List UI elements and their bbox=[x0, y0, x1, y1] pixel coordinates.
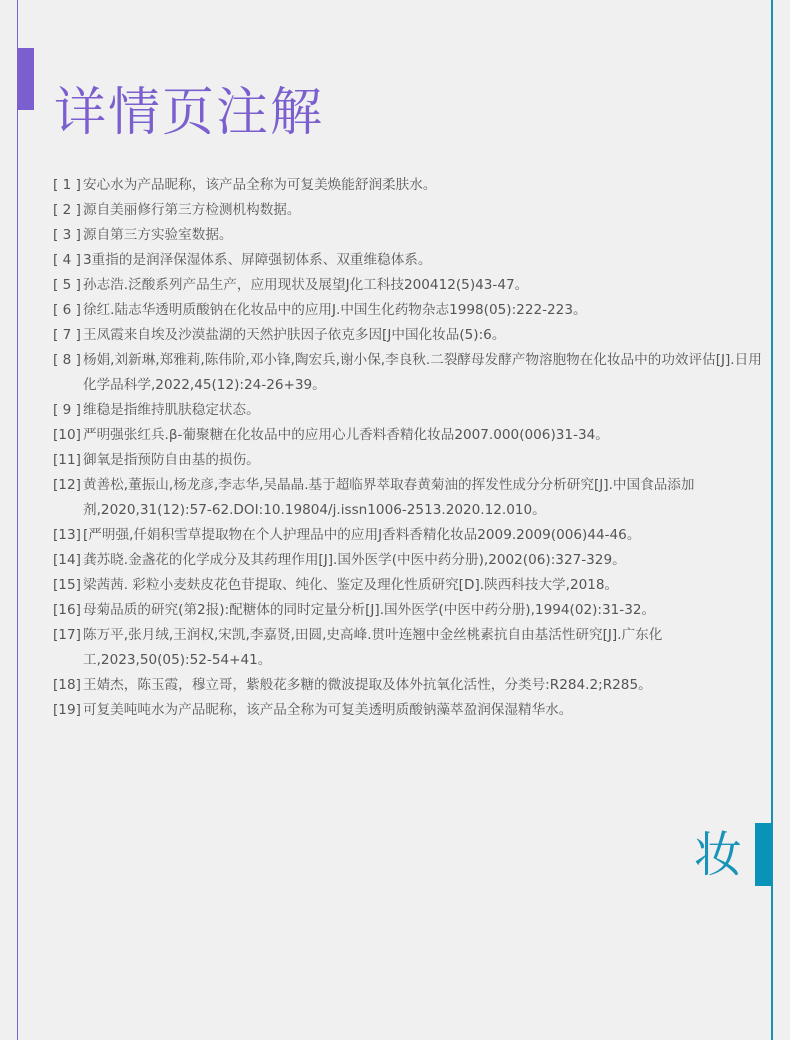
title-accent-bar bbox=[17, 48, 34, 110]
footnote-number: [ 4 ] bbox=[53, 248, 83, 273]
footnote-text: 母菊品质的研究(第2报):配糖体的同时定量分析[J].国外医学(中医中药分册),… bbox=[83, 598, 763, 623]
footnote-text: 徐红.陆志华透明质酸钠在化妆品中的应用J.中国生化药物杂志1998(05):22… bbox=[83, 298, 763, 323]
footnote-number: [ 5 ] bbox=[53, 273, 83, 298]
footnote-number: [19] bbox=[53, 698, 83, 723]
footnote-text: 御氧是指预防自由基的损伤。 bbox=[83, 448, 763, 473]
footnote-text: 王凤霞来自埃及沙漠盐湖的天然护肤因子依克多因[J中国化妆品(5):6。 bbox=[83, 323, 763, 348]
footnote-item: [ 1 ]安心水为产品昵称，该产品全称为可复美焕能舒润柔肤水。 bbox=[53, 173, 763, 198]
footnote-text: 王婧杰，陈玉霞，穆立哥，紫般花多糖的微波提取及体外抗氧化活性，分类号:R284.… bbox=[83, 673, 763, 698]
footnote-item: [ 3 ]源自第三方实验室数据。 bbox=[53, 223, 763, 248]
footnote-item: [19]可复美吨吨水为产品昵称，该产品全称为可复美透明质酸钠藻萃盈润保湿精华水。 bbox=[53, 698, 763, 723]
footnote-number: [16] bbox=[53, 598, 83, 623]
footnote-number: [17] bbox=[53, 623, 83, 673]
footnote-text: 梁茜茜. 彩粒小麦麸皮花色苷提取、纯化、鉴定及理化性质研究[D].陕西科技大学,… bbox=[83, 573, 763, 598]
footnote-item: [12]黄善松,董振山,杨龙彦,李志华,吴晶晶.基于超临界萃取春黄菊油的挥发性成… bbox=[53, 473, 763, 523]
footnote-text: 可复美吨吨水为产品昵称，该产品全称为可复美透明质酸钠藻萃盈润保湿精华水。 bbox=[83, 698, 763, 723]
footnote-item: [16]母菊品质的研究(第2报):配糖体的同时定量分析[J].国外医学(中医中药… bbox=[53, 598, 763, 623]
footnote-item: [17]陈万平,张月绒,王润权,宋凯,李嘉贤,田圆,史高峰.贯叶连翘中金丝桃素抗… bbox=[53, 623, 763, 673]
side-mark-accent-bar bbox=[755, 823, 772, 886]
footnote-number: [13] bbox=[53, 523, 83, 548]
footnote-number: [ 3 ] bbox=[53, 223, 83, 248]
footnote-item: [ 7 ]王凤霞来自埃及沙漠盐湖的天然护肤因子依克多因[J中国化妆品(5):6。 bbox=[53, 323, 763, 348]
footnote-list: [ 1 ]安心水为产品昵称，该产品全称为可复美焕能舒润柔肤水。 [ 2 ]源自美… bbox=[53, 173, 763, 723]
footnote-text: 杨娟,刘新琳,郑雅莉,陈伟阶,邓小锋,陶宏兵,谢小保,李良秋.二裂酵母发酵产物溶… bbox=[83, 348, 763, 398]
footnote-text: [严明强,仟娟积雪草提取物在个人护理品中的应用J香料香精化妆品2009.2009… bbox=[83, 523, 763, 548]
footnote-text: 维稳是指维持肌肤稳定状态。 bbox=[83, 398, 763, 423]
footnote-text: 黄善松,董振山,杨龙彦,李志华,吴晶晶.基于超临界萃取春黄菊油的挥发性成分分析研… bbox=[83, 473, 763, 523]
footnote-item: [ 4 ]3重指的是润泽保湿体系、屏障强韧体系、双重维稳体系。 bbox=[53, 248, 763, 273]
footnote-item: [11]御氧是指预防自由基的损伤。 bbox=[53, 448, 763, 473]
footnote-item: [13][严明强,仟娟积雪草提取物在个人护理品中的应用J香料香精化妆品2009.… bbox=[53, 523, 763, 548]
footnote-text: 严明强张红兵.β-葡聚糖在化妆品中的应用心儿香料香精化妆品2007.000(00… bbox=[83, 423, 763, 448]
footnote-item: [ 9 ]维稳是指维持肌肤稳定状态。 bbox=[53, 398, 763, 423]
footnote-number: [ 9 ] bbox=[53, 398, 83, 423]
footnote-text: 3重指的是润泽保湿体系、屏障强韧体系、双重维稳体系。 bbox=[83, 248, 763, 273]
footnote-item: [14]龚苏晓.金盏花的化学成分及其药理作用[J].国外医学(中医中药分册),2… bbox=[53, 548, 763, 573]
footnote-item: [ 8 ]杨娟,刘新琳,郑雅莉,陈伟阶,邓小锋,陶宏兵,谢小保,李良秋.二裂酵母… bbox=[53, 348, 763, 398]
footnote-number: [ 8 ] bbox=[53, 348, 83, 398]
footnote-number: [11] bbox=[53, 448, 83, 473]
footnote-item: [ 6 ]徐红.陆志华透明质酸钠在化妆品中的应用J.中国生化药物杂志1998(0… bbox=[53, 298, 763, 323]
footnote-text: 陈万平,张月绒,王润权,宋凯,李嘉贤,田圆,史高峰.贯叶连翘中金丝桃素抗自由基活… bbox=[83, 623, 763, 673]
side-mark-glyph: 妆 bbox=[694, 824, 742, 886]
footnote-number: [ 1 ] bbox=[53, 173, 83, 198]
left-border-line bbox=[17, 0, 18, 1040]
footnote-number: [ 6 ] bbox=[53, 298, 83, 323]
footnote-number: [12] bbox=[53, 473, 83, 523]
footnote-number: [ 7 ] bbox=[53, 323, 83, 348]
footnote-item: [ 2 ]源自美丽修行第三方检测机构数据。 bbox=[53, 198, 763, 223]
footnote-item: [ 5 ]孙志浩.泛酸系列产品生产，应用现状及展望J化工科技200412(5)4… bbox=[53, 273, 763, 298]
footnote-text: 龚苏晓.金盏花的化学成分及其药理作用[J].国外医学(中医中药分册),2002(… bbox=[83, 548, 763, 573]
footnote-text: 孙志浩.泛酸系列产品生产，应用现状及展望J化工科技200412(5)43-47。 bbox=[83, 273, 763, 298]
footnote-text: 安心水为产品昵称，该产品全称为可复美焕能舒润柔肤水。 bbox=[83, 173, 763, 198]
footnote-item: [10]严明强张红兵.β-葡聚糖在化妆品中的应用心儿香料香精化妆品2007.00… bbox=[53, 423, 763, 448]
footnote-number: [14] bbox=[53, 548, 83, 573]
footnote-text: 源自美丽修行第三方检测机构数据。 bbox=[83, 198, 763, 223]
footnote-text: 源自第三方实验室数据。 bbox=[83, 223, 763, 248]
page-title: 详情页注解 bbox=[54, 81, 324, 145]
footnote-item: [18]王婧杰，陈玉霞，穆立哥，紫般花多糖的微波提取及体外抗氧化活性，分类号:R… bbox=[53, 673, 763, 698]
footnote-item: [15]梁茜茜. 彩粒小麦麸皮花色苷提取、纯化、鉴定及理化性质研究[D].陕西科… bbox=[53, 573, 763, 598]
footnote-number: [ 2 ] bbox=[53, 198, 83, 223]
footnote-number: [15] bbox=[53, 573, 83, 598]
footnote-number: [18] bbox=[53, 673, 83, 698]
footnote-number: [10] bbox=[53, 423, 83, 448]
